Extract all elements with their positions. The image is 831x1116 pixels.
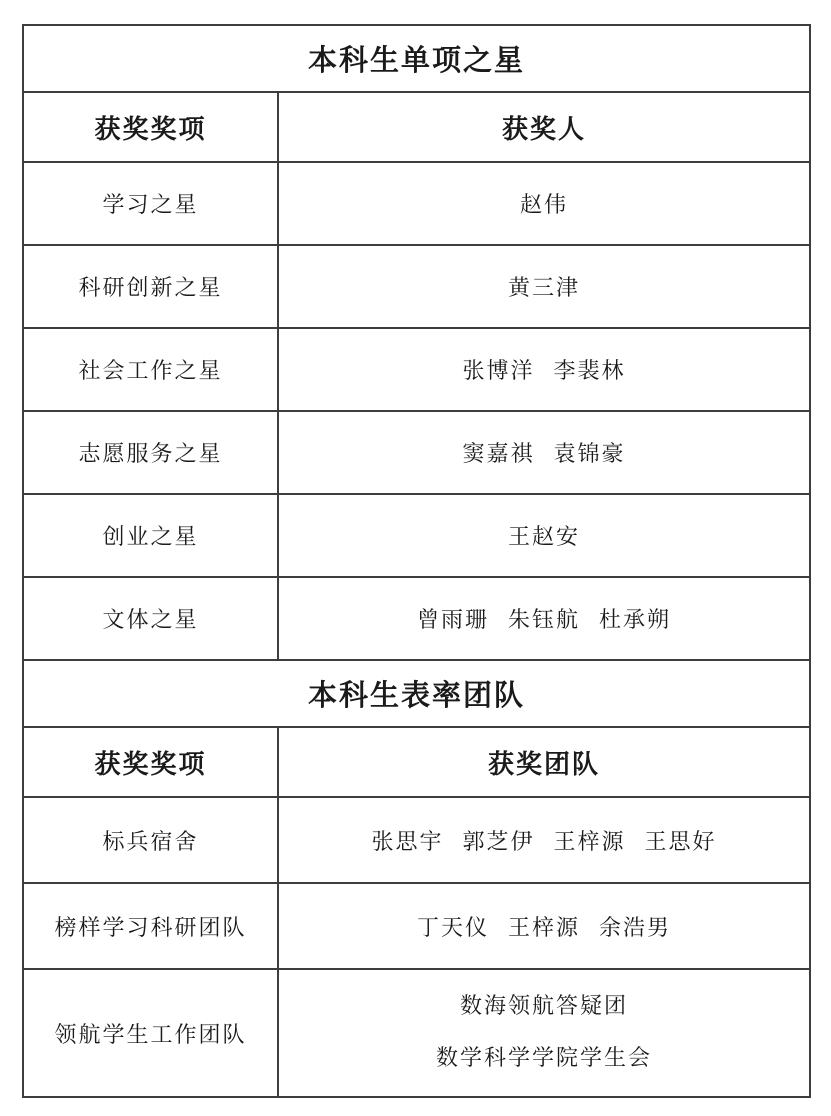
table-row: 志愿服务之星 窦嘉祺 袁锦豪: [23, 411, 810, 494]
winner-line: 数海领航答疑团: [279, 992, 809, 1022]
section1-header-award: 获奖奖项: [23, 92, 278, 162]
winner-cell: 窦嘉祺 袁锦豪: [278, 411, 810, 494]
award-cell: 领航学生工作团队: [23, 969, 278, 1097]
table-row: 文体之星 曾雨珊 朱钰航 杜承朔: [23, 577, 810, 660]
section1-title-row: 本科生单项之星: [23, 25, 810, 92]
winner-cell: 赵伟: [278, 162, 810, 245]
table-row: 榜样学习科研团队 丁天仪 王梓源 余浩男: [23, 883, 810, 969]
table-row: 领航学生工作团队 数海领航答疑团 数学科学学院学生会: [23, 969, 810, 1097]
section2-header-award: 获奖奖项: [23, 727, 278, 797]
section2-title: 本科生表率团队: [23, 660, 810, 727]
section1-title: 本科生单项之星: [23, 25, 810, 92]
section2-header-team: 获奖团队: [278, 727, 810, 797]
winner-cell: 曾雨珊 朱钰航 杜承朔: [278, 577, 810, 660]
winner-cell: 张博洋 李裴林: [278, 328, 810, 411]
table-row: 社会工作之星 张博洋 李裴林: [23, 328, 810, 411]
award-cell: 榜样学习科研团队: [23, 883, 278, 969]
award-cell: 学习之星: [23, 162, 278, 245]
table-row: 标兵宿舍 张思宇 郭芝伊 王梓源 王思好: [23, 797, 810, 883]
table-row: 创业之星 王赵安: [23, 494, 810, 577]
section1-header-row: 获奖奖项 获奖人: [23, 92, 810, 162]
table-row: 科研创新之星 黄三津: [23, 245, 810, 328]
award-cell: 创业之星: [23, 494, 278, 577]
winner-line: 数学科学学院学生会: [279, 1044, 809, 1074]
section2-header-row: 获奖奖项 获奖团队: [23, 727, 810, 797]
award-cell: 志愿服务之星: [23, 411, 278, 494]
document-page: 本科生单项之星 获奖奖项 获奖人 学习之星 赵伟 科研创新之星 黄三津 社会工作…: [22, 24, 809, 1098]
award-cell: 科研创新之星: [23, 245, 278, 328]
section2-title-row: 本科生表率团队: [23, 660, 810, 727]
award-cell: 标兵宿舍: [23, 797, 278, 883]
winner-cell: 数海领航答疑团 数学科学学院学生会: [278, 969, 810, 1097]
awards-table: 本科生单项之星 获奖奖项 获奖人 学习之星 赵伟 科研创新之星 黄三津 社会工作…: [22, 24, 811, 1098]
winner-cell: 丁天仪 王梓源 余浩男: [278, 883, 810, 969]
winner-cell: 王赵安: [278, 494, 810, 577]
award-cell: 文体之星: [23, 577, 278, 660]
winner-cell: 张思宇 郭芝伊 王梓源 王思好: [278, 797, 810, 883]
table-row: 学习之星 赵伟: [23, 162, 810, 245]
section1-header-winner: 获奖人: [278, 92, 810, 162]
award-cell: 社会工作之星: [23, 328, 278, 411]
winner-cell: 黄三津: [278, 245, 810, 328]
